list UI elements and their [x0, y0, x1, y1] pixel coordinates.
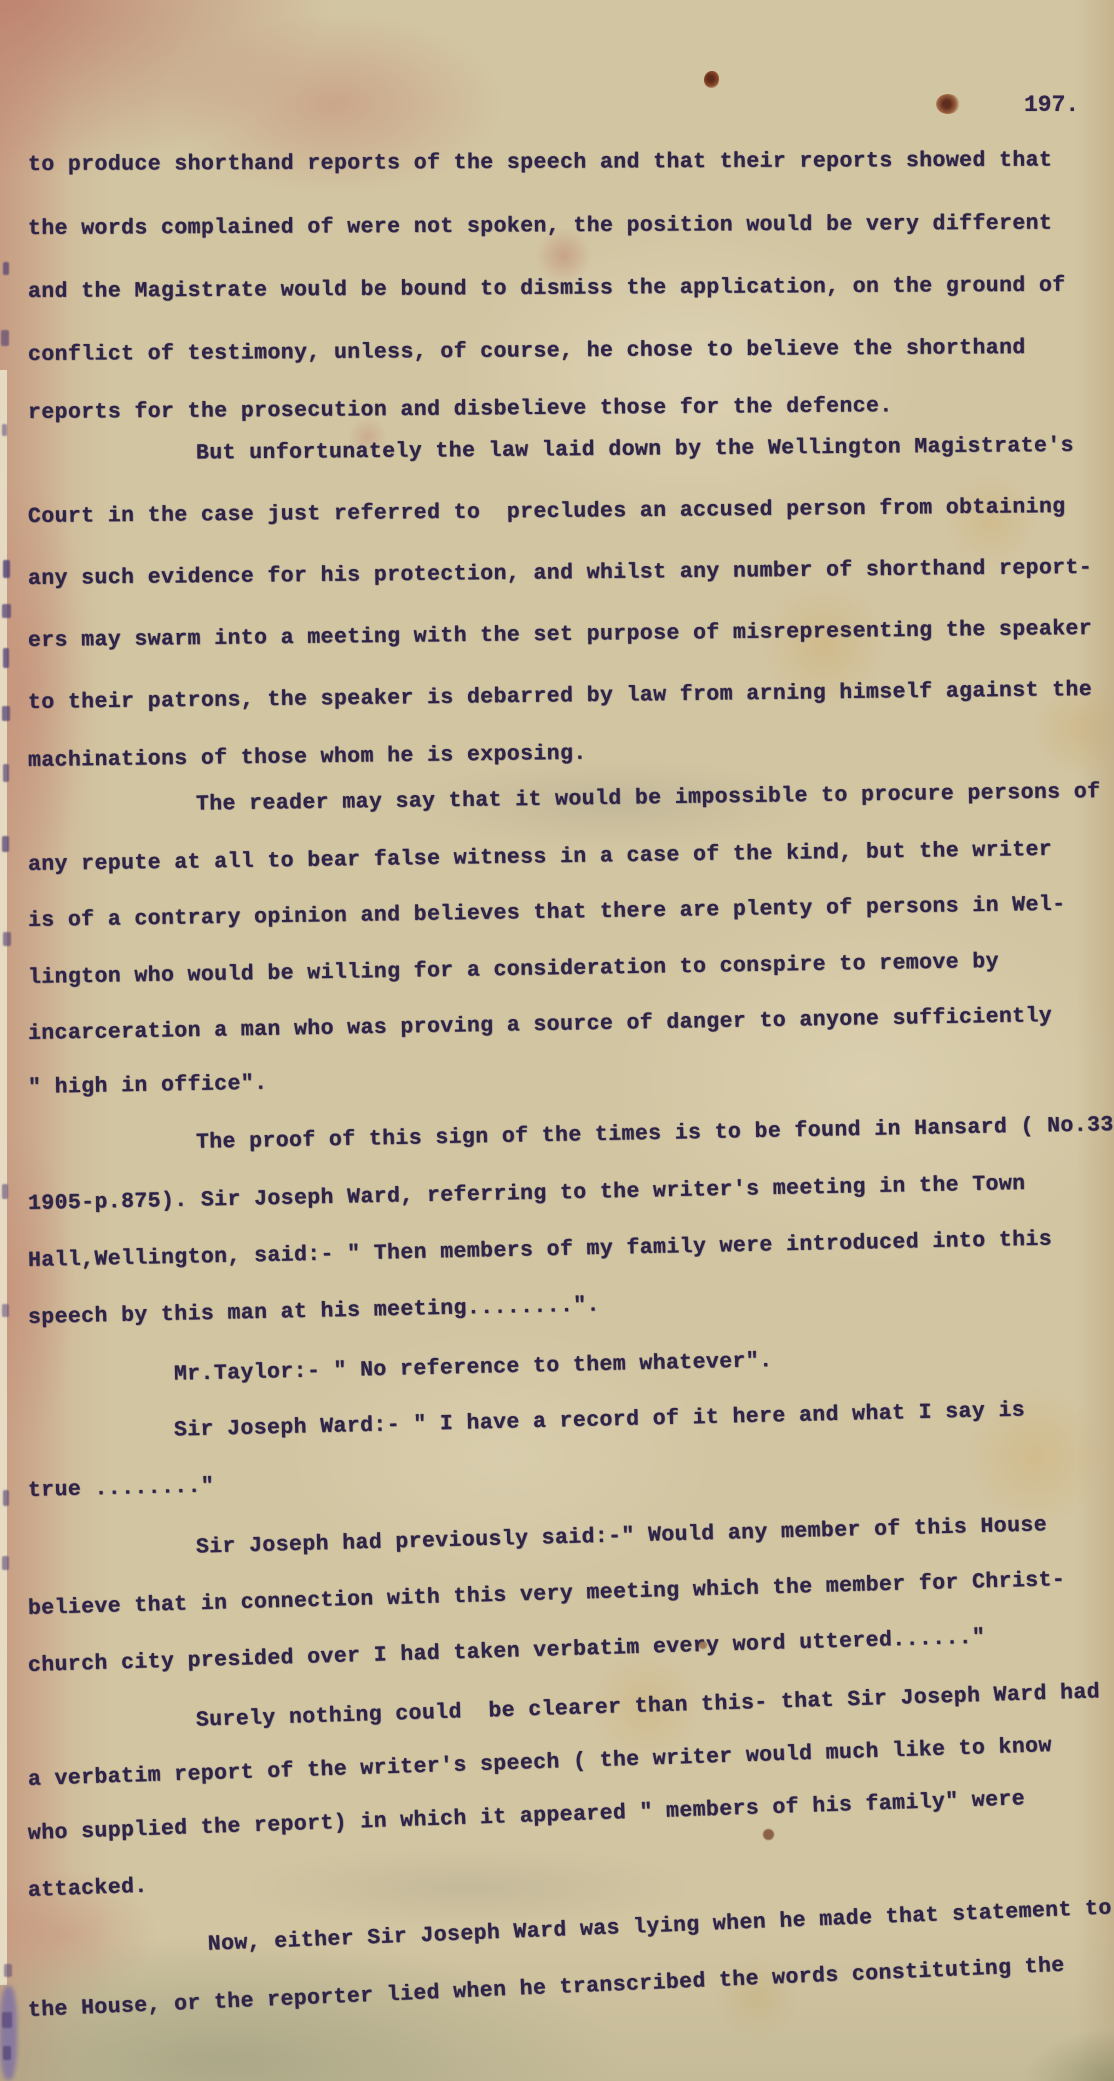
text-line: any repute at all to bear false witness … [28, 834, 1114, 880]
scanned-page: 197. to produce shorthand reports of the… [0, 0, 1114, 2081]
text-line: believe that in connection with this ver… [28, 1564, 1114, 1624]
text-line: and the Magistrate would be bound to dis… [28, 270, 1114, 307]
text-line: to their patrons, the speaker is debarre… [28, 675, 1114, 718]
text-line: ers may swarm into a meeting with the se… [28, 614, 1114, 656]
text-line: incarceration a man who was proving a so… [28, 1000, 1114, 1049]
text-line: true ........" [28, 1449, 1114, 1506]
text-line: the words complained of were not spoken,… [28, 208, 1114, 244]
text-line: to produce shorthand reports of the spee… [28, 145, 1114, 180]
text-line: The proof of this sign of the times is t… [28, 1110, 1114, 1161]
text-line: Surely nothing could be clearer than thi… [28, 1677, 1114, 1741]
stain [704, 71, 719, 88]
text-line: Court in the case just referred to precl… [28, 492, 1114, 532]
text-line: reports for the prosecution and disbelie… [28, 389, 1114, 428]
text-line: 1905-p.875). Sir Joseph Ward, referring … [28, 1167, 1114, 1219]
text-line: speech by this man at his meeting.......… [28, 1279, 1114, 1333]
stain [0, 1986, 17, 2080]
text-line: a verbatim report of the writer's speech… [28, 1729, 1114, 1795]
text-line: Sir Joseph Ward:- " I have a record of i… [28, 1393, 1114, 1449]
text-line: church city presided over I had taken ve… [28, 1619, 1114, 1681]
text-line: But unfortunately the law laid down by t… [28, 431, 1114, 470]
text-line: Hall,Wellington, said:- " Then members o… [28, 1223, 1114, 1276]
text-line: is of a contrary opinion and believes th… [28, 889, 1114, 936]
text-line: " high in office". [28, 1053, 1114, 1103]
page-number: 197. [1024, 92, 1079, 118]
text-line: The reader may say that it would be impo… [28, 777, 1114, 822]
text-line: Mr.Taylor:- " No reference to them whate… [28, 1338, 1114, 1393]
text-line: who supplied the report) in which it app… [27, 1781, 1113, 1849]
text-line: any such evidence for his protection, an… [28, 553, 1114, 594]
text-line: attacked. [27, 1836, 1113, 1906]
text-line: Sir Joseph had previously said:-" Would … [28, 1509, 1114, 1567]
stain [936, 94, 960, 114]
text-line: lington who would be willing for a consi… [28, 945, 1114, 993]
stain [699, 1641, 707, 1649]
stain [763, 1829, 774, 1840]
text-line: conflict of testimony, unless, of course… [28, 332, 1114, 370]
text-line: machinations of those whom he is exposin… [28, 732, 1114, 776]
